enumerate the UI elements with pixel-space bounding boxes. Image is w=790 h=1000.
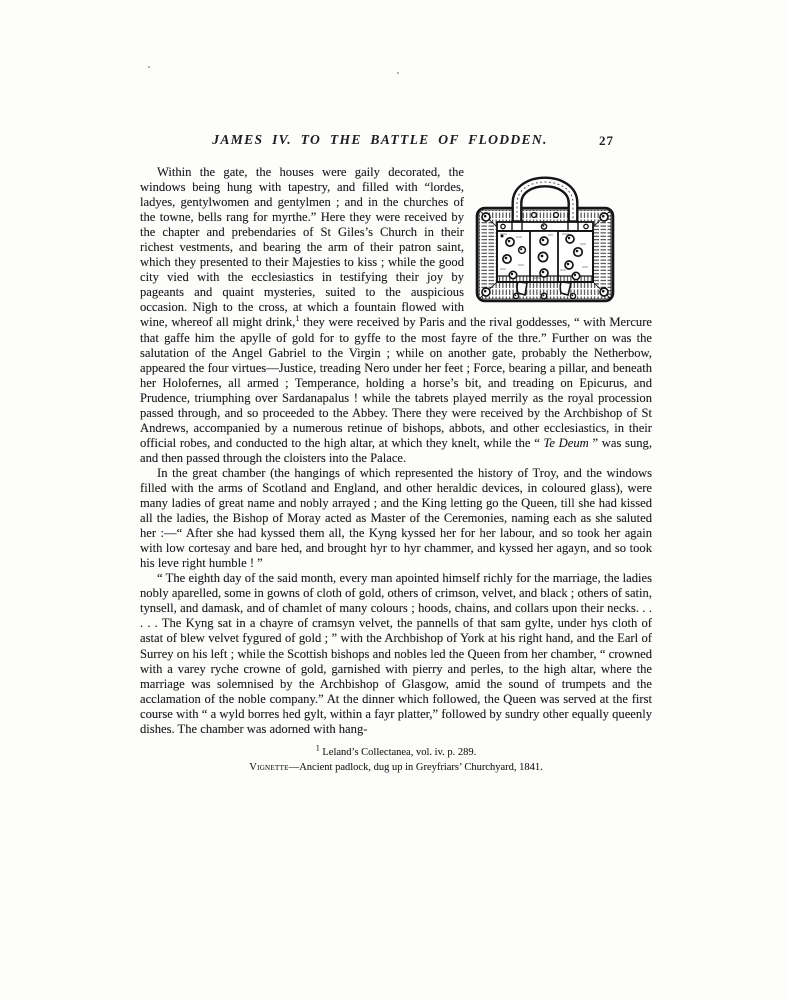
body-text: Within the gate, the houses were gaily d… xyxy=(140,165,652,737)
padlock-engraving-svg xyxy=(474,170,616,304)
vignette-label: Vignette xyxy=(249,762,289,773)
para1-te-deum-italic: Te Deum xyxy=(544,436,589,450)
running-head: JAMES IV. TO THE BATTLE OF FLODDEN. xyxy=(124,132,636,148)
footnote-1: 1 Leland’s Collectanea, vol. iv. p. 289. xyxy=(140,745,652,760)
para1-seg1: Within the gate, the houses were gaily d… xyxy=(140,165,464,329)
page-number: 27 xyxy=(599,133,614,149)
vignette-caption: Vignette—Ancient padlock, dug up in Grey… xyxy=(140,760,652,775)
vignette-text: —Ancient padlock, dug up in Greyfriars’ … xyxy=(289,762,543,773)
paragraph-3: “ The eighth day of the said month, ever… xyxy=(140,571,652,737)
paragraph-1: Within the gate, the houses were gaily d… xyxy=(140,165,652,466)
para1-seg2: they were received by Paris and the riva… xyxy=(140,315,652,449)
scan-speck xyxy=(397,72,399,74)
footnote-1-text: Leland’s Collectanea, vol. iv. p. 289. xyxy=(320,747,477,758)
footnotes: 1 Leland’s Collectanea, vol. iv. p. 289.… xyxy=(140,745,652,775)
text-block: JAMES IV. TO THE BATTLE OF FLODDEN. 27 xyxy=(140,132,652,775)
padlock-illustration xyxy=(464,165,652,311)
book-page: JAMES IV. TO THE BATTLE OF FLODDEN. 27 xyxy=(0,0,790,1000)
paragraph-2: In the great chamber (the hangings of wh… xyxy=(140,466,652,571)
page-header: JAMES IV. TO THE BATTLE OF FLODDEN. 27 xyxy=(140,132,652,152)
scan-speck xyxy=(148,66,150,68)
